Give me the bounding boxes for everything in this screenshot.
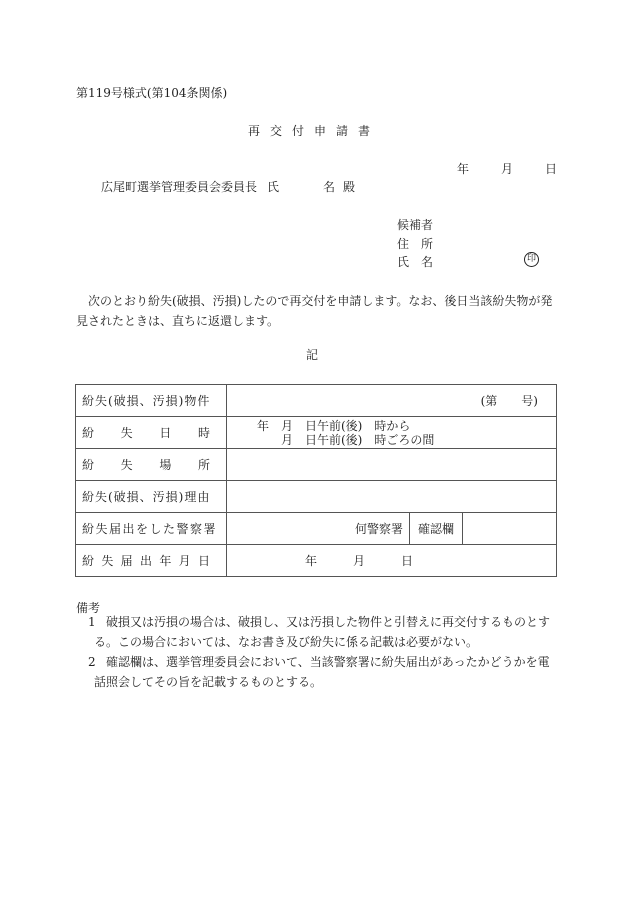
addressee-name-2: 名	[323, 180, 335, 194]
table-row-reason: 紛失(破損、汚損)理由	[76, 481, 557, 513]
remark-2-line-2: 話照会してその旨を記載するものとする。	[88, 672, 558, 692]
date-day: 日	[545, 160, 557, 177]
label-police-station: 紛失届出をした警察署	[76, 513, 227, 545]
report-month: 月	[353, 554, 365, 568]
table-row-item: 紛失(破損、汚損)物件 (第 号)	[76, 385, 557, 417]
candidate-label: 候補者	[397, 216, 433, 235]
label-lost-item: 紛失(破損、汚損)物件	[76, 385, 227, 417]
report-year: 年	[305, 554, 317, 568]
application-table: 紛失(破損、汚損)物件 (第 号) 紛失日時 年 月 日午前(後) 時から 月 …	[75, 384, 557, 577]
name-label: 氏 名	[397, 253, 433, 272]
datetime-to: 月 日午前(後) 時ごろの間	[257, 433, 556, 447]
remark-1-line-2: る。この場合においては、なお書き及び紛失に係る記載は必要がない。	[88, 632, 558, 652]
document-title: 再交付申請書	[248, 122, 380, 139]
field-lost-item[interactable]: (第 号)	[227, 385, 557, 417]
item-number: (第 号)	[481, 394, 538, 408]
label-report-date: 紛失届出年月日	[76, 545, 227, 577]
police-station-input[interactable]: 何警察署	[227, 513, 410, 544]
confirm-field[interactable]	[463, 513, 556, 544]
field-lost-datetime[interactable]: 年 月 日午前(後) 時から 月 日午前(後) 時ごろの間	[227, 417, 557, 449]
field-report-date[interactable]: 年月日	[227, 545, 557, 577]
seal-icon: 印	[524, 252, 539, 267]
addressee-name-1: 氏	[267, 180, 279, 194]
label-lost-datetime: 紛失日時	[76, 417, 227, 449]
application-date: 年月日	[457, 160, 557, 177]
table-row-datetime: 紛失日時 年 月 日午前(後) 時から 月 日午前(後) 時ごろの間	[76, 417, 557, 449]
field-lost-reason[interactable]	[227, 481, 557, 513]
label-lost-place: 紛失場所	[76, 449, 227, 481]
remark-1-line-1: 破損又は汚損の場合は、破損し、又は汚損した物件と引替えに再交付するものとす	[106, 615, 550, 629]
address-label: 住 所	[397, 235, 433, 254]
table-row-police: 紛失届出をした警察署 何警察署 確認欄	[76, 513, 557, 545]
table-row-place: 紛失場所	[76, 449, 557, 481]
date-month: 月	[501, 160, 545, 177]
ki-heading: 記	[306, 346, 318, 363]
field-lost-place[interactable]	[227, 449, 557, 481]
remark-2-line-1: 確認欄は、選挙管理委員会において、当該警察署に紛失届出があったかどうかを電	[106, 655, 550, 669]
addressee-honorific: 殿	[343, 180, 355, 194]
report-day: 日	[401, 554, 413, 568]
application-statement: 次のとおり紛失(破損、汚損)したので再交付を申請します。なお、後日当該紛失物が発…	[76, 291, 556, 331]
datetime-from: 年 月 日午前(後) 時から	[257, 419, 556, 433]
confirm-label: 確認欄	[410, 513, 463, 544]
addressee: 広尾町選挙管理委員会委員長氏名殿	[101, 178, 355, 195]
applicant-block: 候補者 住 所 氏 名	[397, 216, 433, 272]
table-row-report-date: 紛失届出年月日 年月日	[76, 545, 557, 577]
label-lost-reason: 紛失(破損、汚損)理由	[76, 481, 227, 513]
addressee-title: 広尾町選挙管理委員会委員長	[101, 180, 257, 194]
form-number: 第119号様式(第104条関係)	[76, 84, 227, 101]
remark-item-1: 1破損又は汚損の場合は、破損し、又は汚損した物件と引替えに再交付するものとす る…	[88, 612, 558, 652]
date-year: 年	[457, 160, 501, 177]
remark-item-2: 2確認欄は、選挙管理委員会において、当該警察署に紛失届出があったかどうかを電 話…	[88, 652, 558, 692]
field-police-station: 何警察署 確認欄	[227, 513, 557, 545]
